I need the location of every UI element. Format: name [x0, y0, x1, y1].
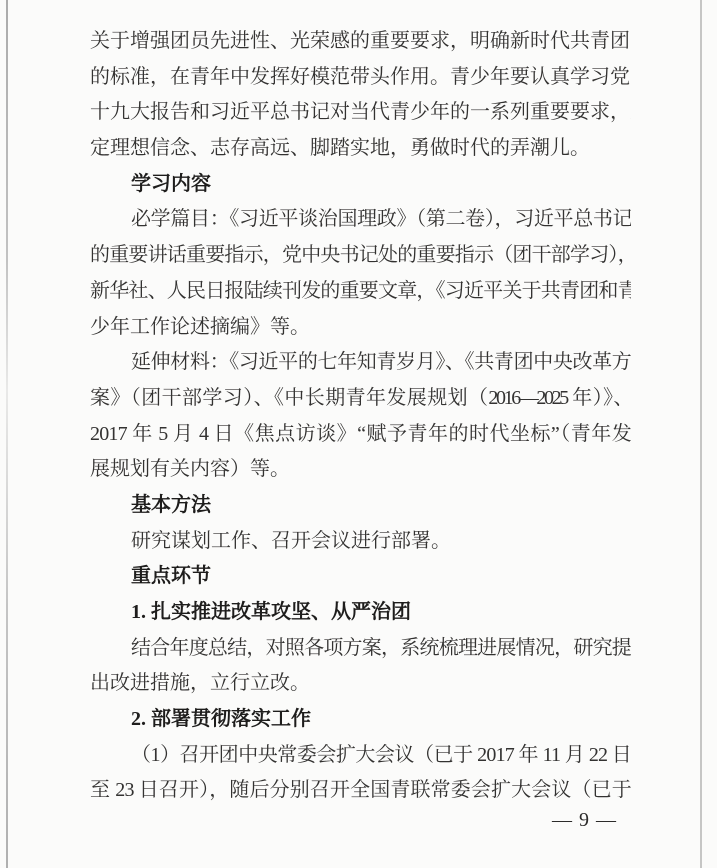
- section-heading: 重点环节: [90, 559, 631, 595]
- text-line: 2017 年 5 月 4 日《焦点访谈》“赋予青年的时代坐标”（青年发: [90, 417, 631, 453]
- text-line: 展规划有关内容）等。: [90, 452, 631, 488]
- text-line: 研究谋划工作、召开会议进行部署。: [90, 524, 631, 560]
- text-line: 关于增强团员先进性、光荣感的重要要求，明确新时代共青团员: [90, 24, 631, 60]
- scanned-document-page: 关于增强团员先进性、光荣感的重要要求，明确新时代共青团员 的标准，在青年中发挥好…: [0, 0, 717, 868]
- page-number: — 9 —: [90, 806, 631, 834]
- text-line: 十九大报告和习近平总书记对当代青少年的一系列重要要求，坚: [90, 95, 631, 131]
- scan-edge-line-right: [700, 0, 702, 868]
- text-line: 少年工作论述摘编》等。: [90, 310, 631, 346]
- numbered-heading: 1. 扎实推进改革攻坚、从严治团: [90, 595, 631, 631]
- text-line: （1）召开团中央常委会扩大会议（已于 2017 年 11 月 22 日: [90, 738, 631, 774]
- text-line: 必学篇目：《习近平谈治国理政》（第二卷），习近平总书记: [90, 202, 631, 238]
- section-heading: 基本方法: [90, 488, 631, 524]
- document-body: 关于增强团员先进性、光荣感的重要要求，明确新时代共青团员 的标准，在青年中发挥好…: [90, 24, 631, 809]
- scan-edge-line-left: [6, 0, 8, 868]
- text-line: 的标准，在青年中发挥好模范带头作用。青少年要认真学习党的: [90, 60, 631, 96]
- section-heading: 学习内容: [90, 167, 631, 203]
- text-line: 至 23 日召开），随后分别召开全国青联常委会扩大会议（已于: [90, 773, 631, 809]
- page-number-label: — 9 —: [552, 809, 617, 831]
- numbered-heading: 2. 部署贯彻落实工作: [90, 702, 631, 738]
- text-line: 出改进措施，立行立改。: [90, 666, 631, 702]
- text-line: 新华社、人民日报陆续刊发的重要文章，《习近平关于共青团和青: [90, 274, 631, 310]
- text-line: 案》（团干部学习）、《中长期青年发展规划（2016—2025 年）》、: [90, 381, 631, 417]
- text-line: 定理想信念、志存高远、脚踏实地，勇做时代的弄潮儿。: [90, 131, 631, 167]
- text-line: 的重要讲话重要指示，党中央书记处的重要指示（团干部学习），: [90, 238, 631, 274]
- text-line: 结合年度总结，对照各项方案，系统梳理进展情况，研究提: [90, 631, 631, 667]
- text-line: 延伸材料：《习近平的七年知青岁月》、《共青团中央改革方: [90, 345, 631, 381]
